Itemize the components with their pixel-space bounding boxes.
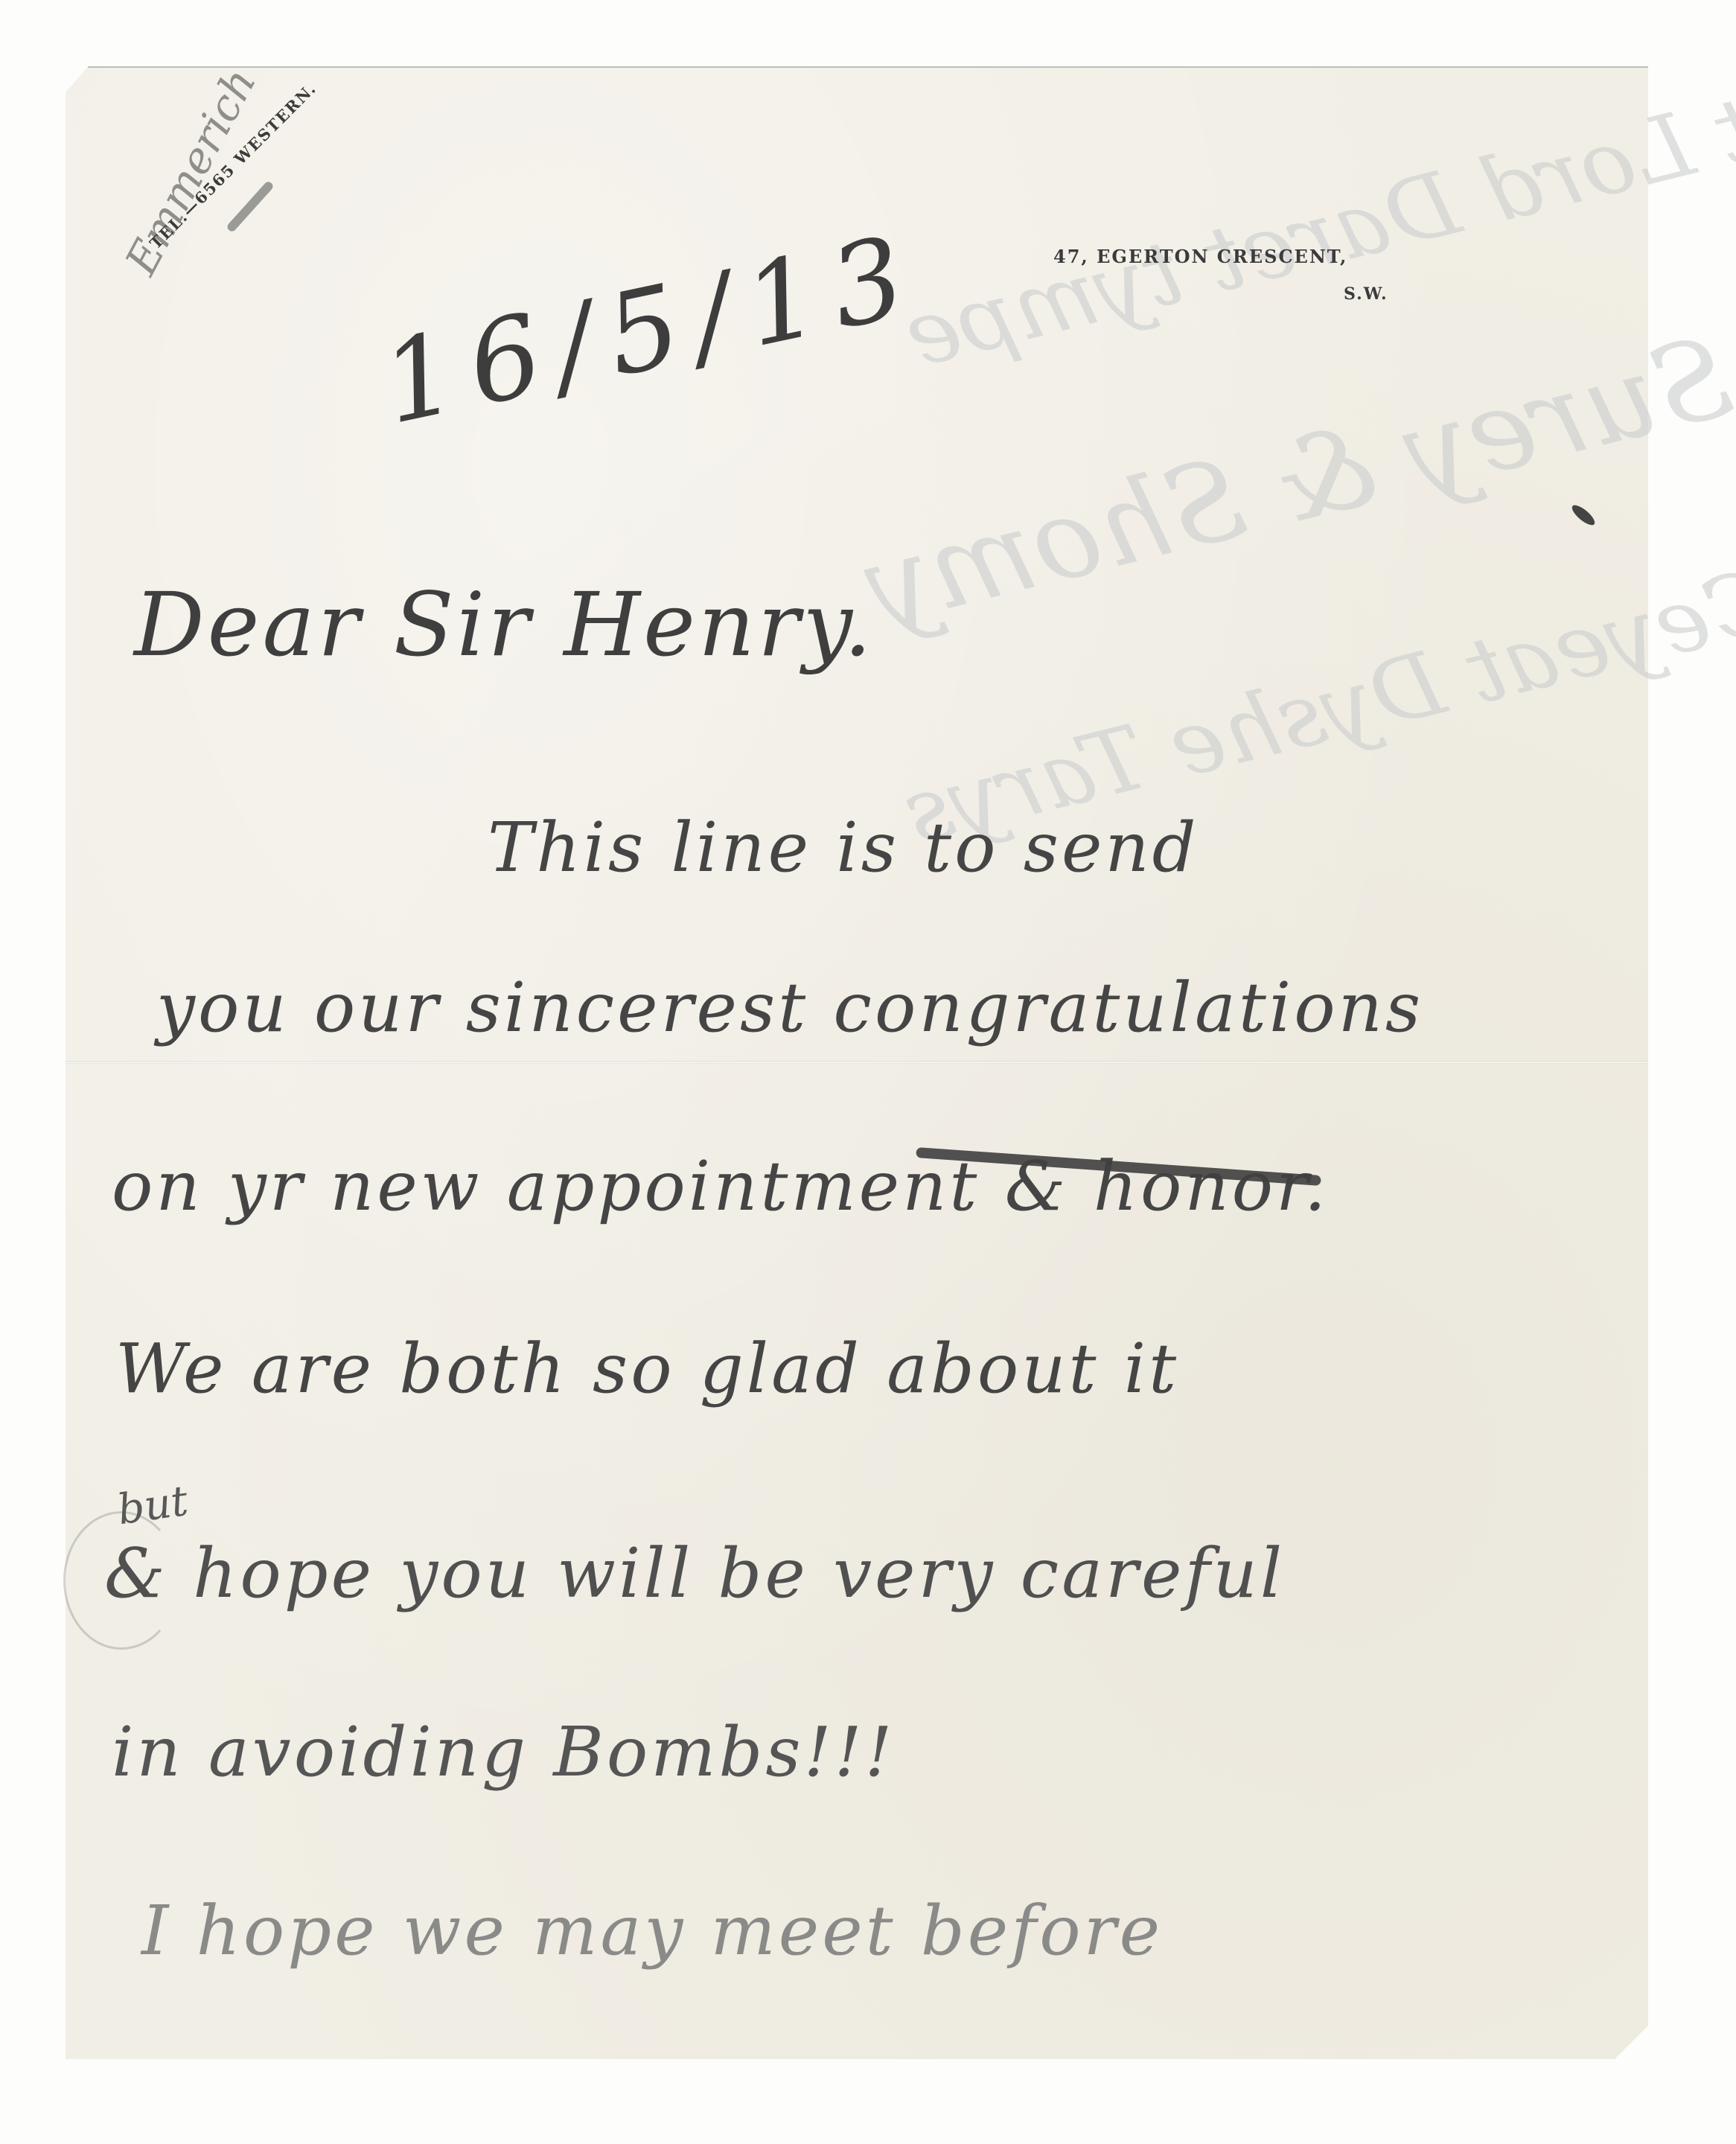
letter-line: We are both so glad about it xyxy=(115,1329,1179,1408)
fold-crease xyxy=(66,1061,1648,1064)
salutation: Dear Sir Henry. xyxy=(134,573,875,676)
letter-line: I hope we may meet before xyxy=(141,1891,1163,1971)
letter-line: on yr new appointment & honor. xyxy=(112,1146,1329,1226)
letter-line: you our sincerest congratulations xyxy=(156,968,1423,1047)
paper-top-edge xyxy=(88,66,1648,68)
letterhead-address: 47, EGERTON CRESCENT, xyxy=(1053,246,1347,267)
letter-line: in avoiding Bombs!!! xyxy=(112,1712,896,1792)
letter-line: This line is to send xyxy=(488,808,1199,887)
letterhead-district: S.W. xyxy=(1344,284,1388,304)
letter-line: & hope you will be very careful xyxy=(104,1534,1285,1613)
